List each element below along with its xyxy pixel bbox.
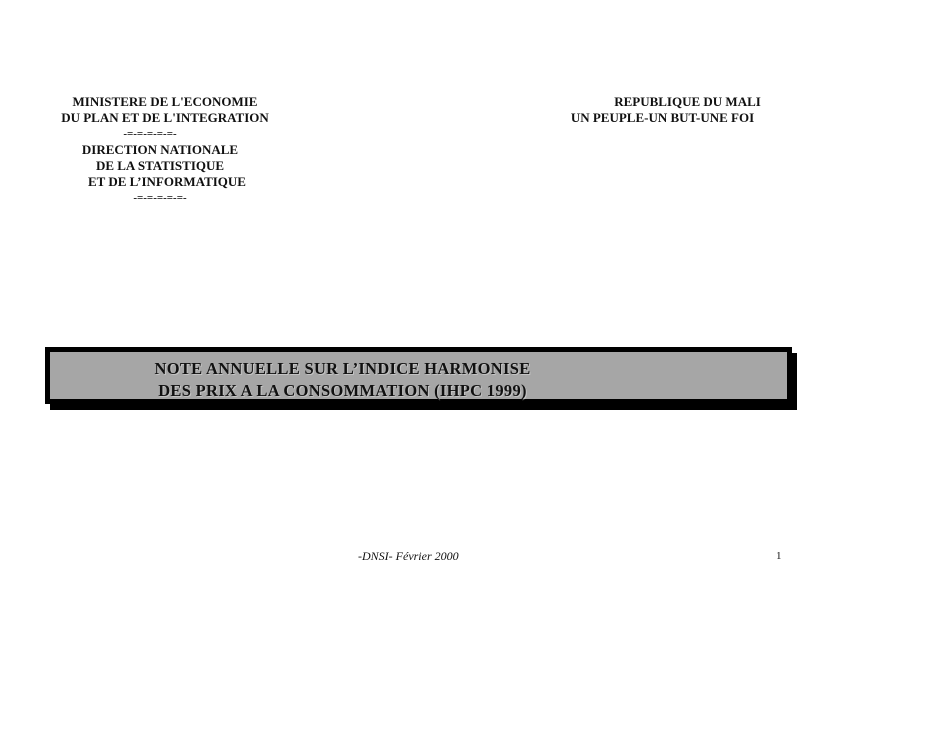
direction-name-line2: DE LA STATISTIQUE [30, 158, 290, 174]
header-separator: -=-=-=-=-=- [10, 126, 290, 142]
document-title-box: NOTE ANNUELLE SUR L’INDICE HARMONISE DES… [45, 347, 792, 404]
ministry-name-line2: DU PLAN ET DE L'INTEGRATION [40, 110, 290, 126]
ministry-header: MINISTERE DE L'ECONOMIE DU PLAN ET DE L'… [40, 94, 290, 206]
header-separator: -=-=-=-=-=- [30, 190, 290, 206]
direction-name-line3: ET DE L’INFORMATIQUE [44, 174, 290, 190]
republic-name: REPUBLIQUE DU MALI [610, 94, 765, 110]
footer-text: -DNSI- Février 2000 [358, 549, 459, 563]
document-title: NOTE ANNUELLE SUR L’INDICE HARMONISE DES… [50, 358, 795, 402]
document-title-line2: DES PRIX A LA CONSOMMATION (IHPC 1999) [0, 380, 795, 402]
page-number: 1 [776, 549, 782, 563]
republic-header: REPUBLIQUE DU MALI UN PEUPLE-UN BUT-UNE … [560, 94, 765, 126]
ministry-name-line1: MINISTERE DE L'ECONOMIE [40, 94, 290, 110]
direction-name-line1: DIRECTION NATIONALE [30, 142, 290, 158]
document-title-line1: NOTE ANNUELLE SUR L’INDICE HARMONISE [0, 358, 795, 380]
national-motto: UN PEUPLE-UN BUT-UNE FOI [560, 110, 765, 126]
